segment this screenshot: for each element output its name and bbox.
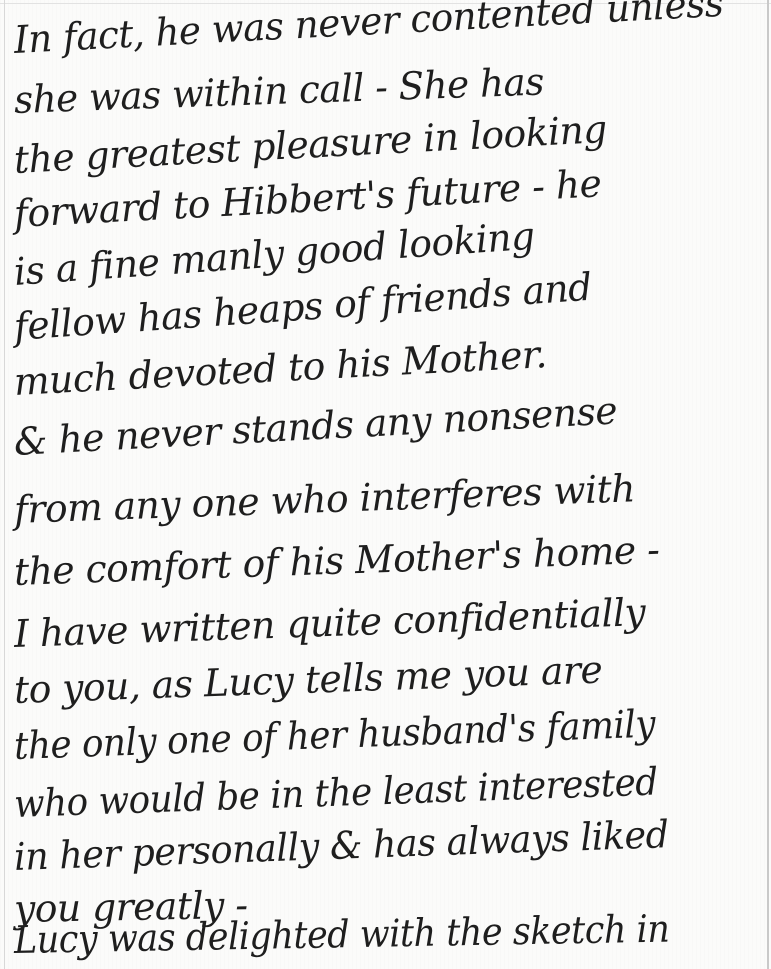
handwritten-line: she was within call - She has — [13, 60, 544, 122]
paper-right-edge — [767, 0, 769, 969]
handwritten-line: the comfort of his Mother's home - — [13, 527, 660, 594]
handwritten-line: In fact, he was never contented unless — [13, 0, 724, 62]
handwritten-line: the only one of her husband's family — [13, 702, 656, 768]
handwritten-line: & he never stands any nonsense — [13, 388, 618, 464]
letter-page: In fact, he was never contented unless s… — [0, 0, 771, 969]
handwritten-line: from any one who interferes with — [13, 466, 635, 532]
handwritten-line: to you, as Lucy tells me you are — [13, 647, 603, 712]
handwritten-line: I have written quite confidentially — [13, 590, 646, 656]
paper-left-edge — [4, 0, 5, 969]
